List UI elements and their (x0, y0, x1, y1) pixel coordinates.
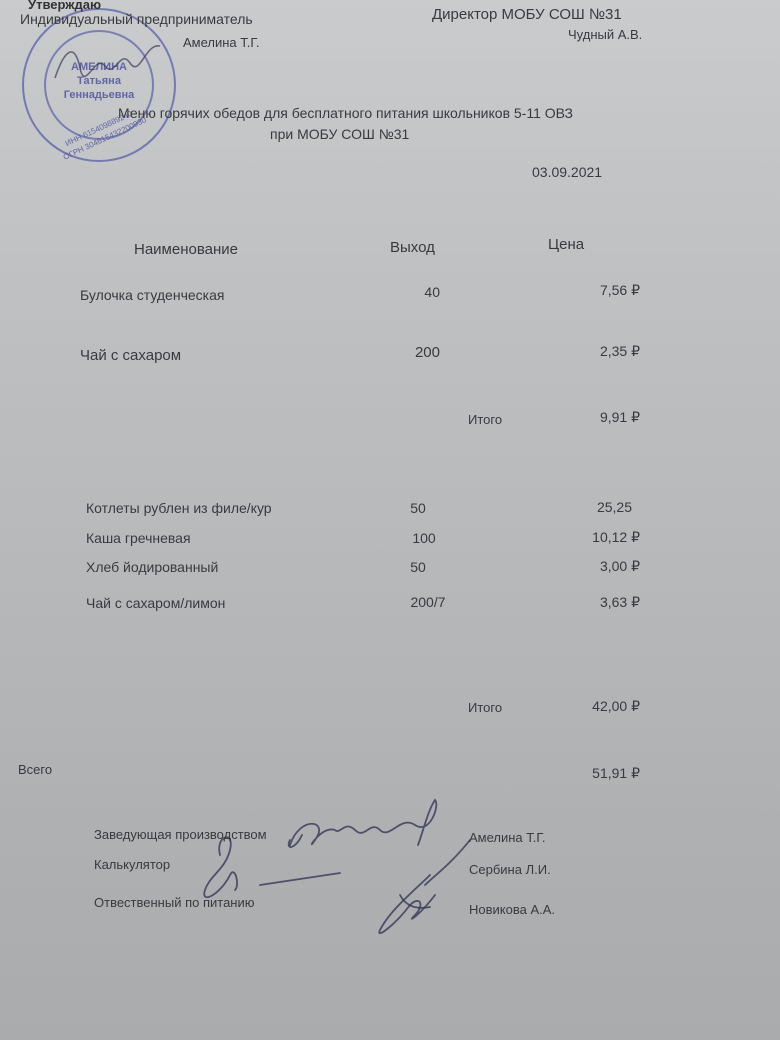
item-yield: 200/7 (400, 594, 456, 610)
item-price: 3,63 ₽ (540, 594, 640, 611)
item-price: 2,35 ₽ (540, 343, 640, 360)
entrepreneur-title: Индивидуальный предприниматель (20, 11, 253, 27)
subtotal-value: 9,91 ₽ (540, 409, 640, 426)
total-value: 51,91 ₽ (540, 765, 640, 782)
handwritten-signatures (190, 795, 490, 945)
item-price: 7,56 ₽ (540, 282, 640, 299)
menu-date: 03.09.2021 (532, 164, 602, 180)
item-yield: 50 (400, 500, 436, 516)
item-yield: 40 (398, 284, 440, 300)
column-header-name: Наименование (134, 241, 238, 258)
item-yield: 100 (400, 530, 448, 546)
item-name: Котлеты рублен из филе/кур (86, 500, 272, 516)
item-price: 25,25 (540, 499, 632, 515)
item-name: Чай с сахаром (80, 347, 181, 364)
subtotal-label: Итого (468, 700, 502, 715)
item-yield: 50 (400, 559, 436, 575)
entrepreneur-name: Амелина Т.Г. (183, 35, 259, 50)
item-name: Каша гречневая (86, 530, 191, 546)
column-header-price: Цена (548, 236, 584, 253)
menu-subtitle: при МОБУ СОШ №31 (270, 126, 409, 142)
menu-title: Меню горячих обедов для бесплатного пита… (118, 105, 573, 121)
signature-role: Калькулятор (94, 857, 170, 872)
item-price: 3,00 ₽ (540, 558, 640, 575)
column-header-yield: Выход (390, 239, 435, 256)
total-label: Всего (18, 762, 52, 777)
entrepreneur-signature (50, 38, 170, 88)
director-title: Директор МОБУ СОШ №31 (432, 6, 622, 23)
item-name: Хлеб йодированный (86, 559, 218, 575)
item-yield: 200 (398, 344, 440, 361)
director-name: Чудный А.В. (568, 27, 642, 42)
item-name: Булочка студенческая (80, 287, 224, 303)
subtotal-label: Итого (468, 412, 502, 427)
item-name: Чай с сахаром/лимон (86, 595, 225, 611)
subtotal-value: 42,00 ₽ (540, 698, 640, 715)
item-price: 10,12 ₽ (540, 529, 640, 546)
